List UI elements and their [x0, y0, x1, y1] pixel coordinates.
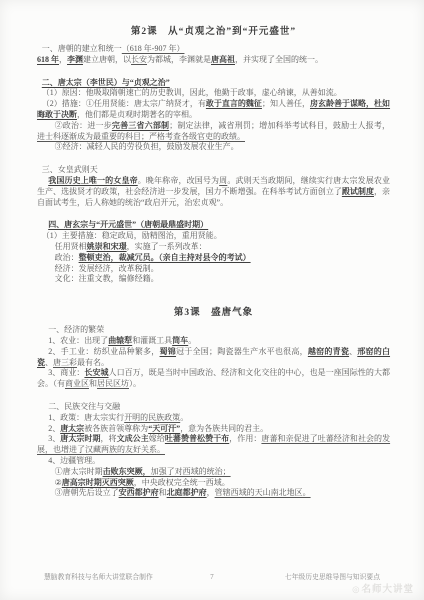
- text-line: ①唐太宗时期击败东突厥，加强了对西域的统治；: [37, 467, 390, 478]
- text-line: 4、边疆管理。: [37, 456, 390, 467]
- text-line: 3、唐太宗时期，将文成公主嫁给吐蕃赞普松赞干布，作用：唐蕃和亲促进了吐蕃经济和社…: [37, 434, 390, 456]
- text-line: ③唐朝先后设立了安西都护府和北庭都护府，管辖西域的天山南北地区。: [37, 488, 390, 499]
- text-line: 文化：注重文教，编修经籍。: [37, 274, 390, 285]
- page-footer: 慧脑教育科技与名师大讲堂联合制作 7 七年级历史思维导图与知识要点: [44, 573, 380, 582]
- text-line: ②政治：进一步完善三省六部制；制定法律，减省刑罚；增加科举考试科目，鼓励士人报考…: [37, 121, 390, 143]
- text-line: 618 年，李渊建立唐朝，以长安为都城，李渊就是唐高祖，并实现了全国的统一。: [37, 55, 390, 66]
- section-heading: 四、唐玄宗与“开元盛世”（唐朝最鼎盛时期）: [37, 220, 390, 231]
- section-heading: 三、女皇武则天: [37, 165, 390, 176]
- text-line: 3、商业：长安城人口百万，既是当时中国政治、经济和文化交往的中心，也是一座国际性…: [37, 368, 390, 390]
- watermark: ◎名师大讲堂: [352, 581, 414, 595]
- lesson3-body: 一、经济的繁荣1、农业：出现了曲辕犁和灌溉工具筒车。2、手工业：纺织业品种繁多，…: [37, 325, 390, 499]
- text-line: （1）原因：他吸取隋朝速亡的历史教训，因此，他勤于政事，虚心纳谏，从善如流。: [37, 88, 390, 99]
- lesson2-body: 一、唐朝的建立和统一（618 年-907 年）618 年，李渊建立唐朝，以长安为…: [37, 44, 390, 285]
- text-line: 任用贤相姚崇和宋璟，实施了一系列改革：: [37, 242, 390, 253]
- text-line: 2、手工业：纺织业品种繁多，蜀锦冠于全国；陶瓷器生产水平也很高，越窑的青瓷、邢窑…: [37, 347, 390, 369]
- lesson3-title: 第3课 盛唐气象: [37, 307, 390, 319]
- text-line: 1、政策：唐太宗实行开明的民族政策。: [37, 413, 390, 424]
- text-line: 我国历史上唯一的女皇帝。晚年称帝，改国号为周。武则天当政期间，继续实行唐太宗发展…: [37, 176, 390, 208]
- footer-publisher: 慧脑教育科技与名师大讲堂联合制作: [44, 573, 210, 582]
- text-line: （2）措施：①任用贤能：唐太宗广纳贤才，有敢于直言的魏征；知人善任，房玄龄善于谋…: [37, 99, 390, 121]
- document-page: 第2课 从“贞观之治”到“开元盛世” 一、唐朝的建立和统一（618 年-907 …: [0, 0, 424, 600]
- text-line: 2、唐太宗被各族首领尊称为“天可汗”，意为各族共同的君主。: [37, 424, 390, 435]
- section-heading: 二、民族交往与交融: [37, 402, 390, 413]
- text-line: ②唐高宗时期灭西突厥，中央政权完全统一西域。: [37, 478, 390, 489]
- text-line: 政治：整顿吏治，裁减冗员。（亲自主持对县令的考试）: [37, 253, 390, 264]
- lesson2-title: 第2课 从“贞观之治”到“开元盛世”: [37, 26, 390, 38]
- text-line: 经济：发展经济，改革税制。: [37, 264, 390, 275]
- text-line: （1）主要措施：稳定政局，励精图治，重用贤能。: [37, 231, 390, 242]
- page-content: 第2课 从“贞观之治”到“开元盛世” 一、唐朝的建立和统一（618 年-907 …: [0, 0, 424, 499]
- section-heading: 一、唐朝的建立和统一（618 年-907 年）: [37, 44, 390, 55]
- watermark-logo-icon: ◎: [352, 584, 360, 594]
- text-line: 1、农业：出现了曲辕犁和灌溉工具筒车。: [37, 336, 390, 347]
- text-line: ③经济：减轻人民的劳役负担，鼓励发展农业生产。: [37, 142, 390, 153]
- section-heading: 二、唐太宗（李世民）与“贞观之治”: [37, 78, 390, 89]
- watermark-text: 名师大讲堂: [361, 585, 414, 595]
- section-heading: 一、经济的繁荣: [37, 325, 390, 336]
